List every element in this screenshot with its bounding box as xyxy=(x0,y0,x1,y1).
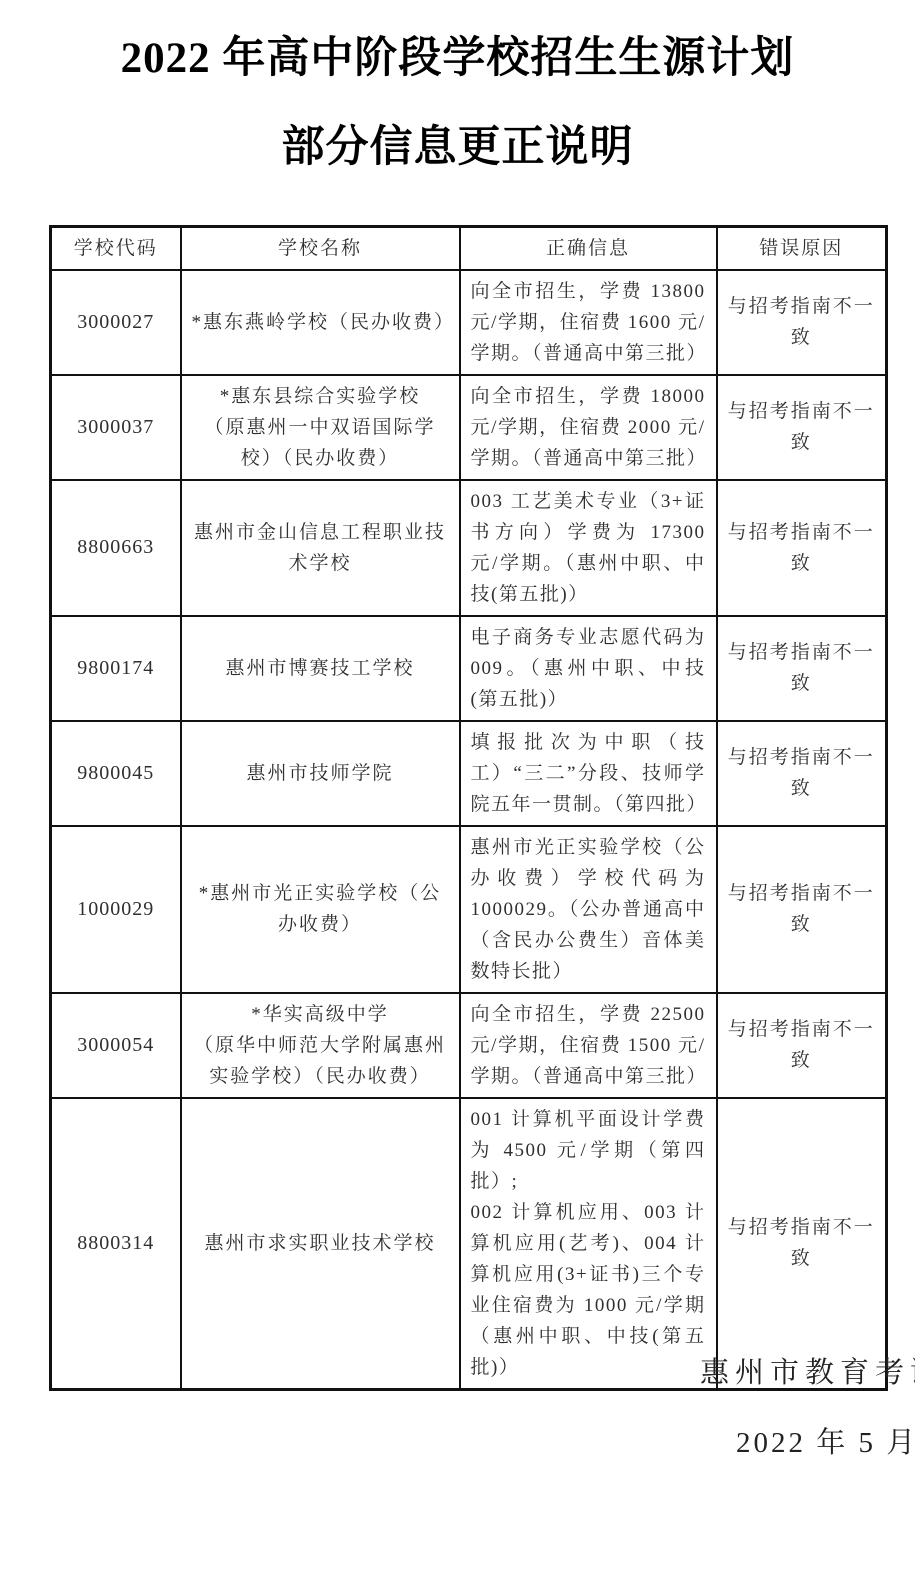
table-row: 8800663 惠州市金山信息工程职业技术学校 003 工艺美术专业（3+证书方… xyxy=(51,480,887,616)
correction-table: 学校代码 学校名称 正确信息 错误原因 3000027 *惠东燕岭学校（民办收费… xyxy=(49,225,888,1391)
correct-info-cell: 001 计算机平面设计学费为 4500 元/学期（第四批）; 002 计算机应用… xyxy=(460,1098,717,1390)
table-row: 9800174 惠州市博赛技工学校 电子商务专业志愿代码为 009。（惠州中职、… xyxy=(51,616,887,721)
error-reason-cell: 与招考指南不一致 xyxy=(717,480,887,616)
document-page: { "page": { "title_line1": "2022 年高中阶段学校… xyxy=(0,0,915,1578)
error-reason-cell: 与招考指南不一致 xyxy=(717,375,887,480)
school-code-cell: 8800314 xyxy=(51,1098,181,1390)
school-name-cell: *惠州市光正实验学校（公办收费） xyxy=(181,826,460,993)
correct-info-cell: 填报批次为中职（技工）“三二”分段、技师学院五年一贯制。（第四批） xyxy=(460,721,717,826)
table-row: 9800045 惠州市技师学院 填报批次为中职（技工）“三二”分段、技师学院五年… xyxy=(51,721,887,826)
table-row: 3000054 *华实高级中学 （原华中师范大学附属惠州实验学校）（民办收费） … xyxy=(51,993,887,1098)
correction-table-header: 学校代码 学校名称 正确信息 错误原因 xyxy=(51,227,887,270)
school-code-cell: 8800663 xyxy=(51,480,181,616)
table-row: 8800314 惠州市求实职业技术学校 001 计算机平面设计学费为 4500 … xyxy=(51,1098,887,1390)
school-name-cell: *惠东县综合实验学校 （原惠州一中双语国际学校）（民办收费） xyxy=(181,375,460,480)
header-school-code: 学校代码 xyxy=(51,227,181,270)
error-reason-cell: 与招考指南不一致 xyxy=(717,616,887,721)
table-row: 3000027 *惠东燕岭学校（民办收费） 向全市招生，学费 13800 元/学… xyxy=(51,270,887,375)
school-name-cell: 惠州市金山信息工程职业技术学校 xyxy=(181,480,460,616)
error-reason-cell: 与招考指南不一致 xyxy=(717,993,887,1098)
correct-info-cell: 惠州市光正实验学校（公办收费）学校代码为 1000029。（公办普通高中（含民办… xyxy=(460,826,717,993)
school-name-cell: 惠州市博赛技工学校 xyxy=(181,616,460,721)
school-name-cell: *华实高级中学 （原华中师范大学附属惠州实验学校）（民办收费） xyxy=(181,993,460,1098)
footer-issuer: 惠州市教育考试 xyxy=(700,1350,915,1391)
header-error-reason: 错误原因 xyxy=(717,227,887,270)
page-title-line1: 2022 年高中阶段学校招生生源计划 xyxy=(0,24,915,85)
table-row: 1000029 *惠州市光正实验学校（公办收费） 惠州市光正实验学校（公办收费）… xyxy=(51,826,887,993)
school-code-cell: 3000037 xyxy=(51,375,181,480)
school-code-cell: 1000029 xyxy=(51,826,181,993)
correct-info-cell: 电子商务专业志愿代码为 009。（惠州中职、中技(第五批)） xyxy=(460,616,717,721)
header-school-name: 学校名称 xyxy=(181,227,460,270)
correction-table-body: 3000027 *惠东燕岭学校（民办收费） 向全市招生，学费 13800 元/学… xyxy=(51,270,887,1390)
correct-info-cell: 向全市招生，学费 22500 元/学期，住宿费 1500 元/学期。（普通高中第… xyxy=(460,993,717,1098)
school-name-cell: 惠州市技师学院 xyxy=(181,721,460,826)
correct-info-cell: 向全市招生，学费 18000 元/学期，住宿费 2000 元/学期。（普通高中第… xyxy=(460,375,717,480)
error-reason-cell: 与招考指南不一致 xyxy=(717,826,887,993)
school-code-cell: 3000027 xyxy=(51,270,181,375)
error-reason-cell: 与招考指南不一致 xyxy=(717,1098,887,1390)
school-code-cell: 3000054 xyxy=(51,993,181,1098)
page-title-line2: 部分信息更正说明 xyxy=(0,113,915,174)
error-reason-cell: 与招考指南不一致 xyxy=(717,270,887,375)
school-code-cell: 9800045 xyxy=(51,721,181,826)
table-row: 3000037 *惠东县综合实验学校 （原惠州一中双语国际学校）（民办收费） 向… xyxy=(51,375,887,480)
school-code-cell: 9800174 xyxy=(51,616,181,721)
correct-info-cell: 向全市招生，学费 13800 元/学期，住宿费 1600 元/学期。（普通高中第… xyxy=(460,270,717,375)
footer-date: 2022 年 5 月 xyxy=(736,1420,915,1461)
school-name-cell: *惠东燕岭学校（民办收费） xyxy=(181,270,460,375)
header-row: 学校代码 学校名称 正确信息 错误原因 xyxy=(51,227,887,270)
header-correct-info: 正确信息 xyxy=(460,227,717,270)
error-reason-cell: 与招考指南不一致 xyxy=(717,721,887,826)
school-name-cell: 惠州市求实职业技术学校 xyxy=(181,1098,460,1390)
correct-info-cell: 003 工艺美术专业（3+证书方向）学费为 17300 元/学期。（惠州中职、中… xyxy=(460,480,717,616)
